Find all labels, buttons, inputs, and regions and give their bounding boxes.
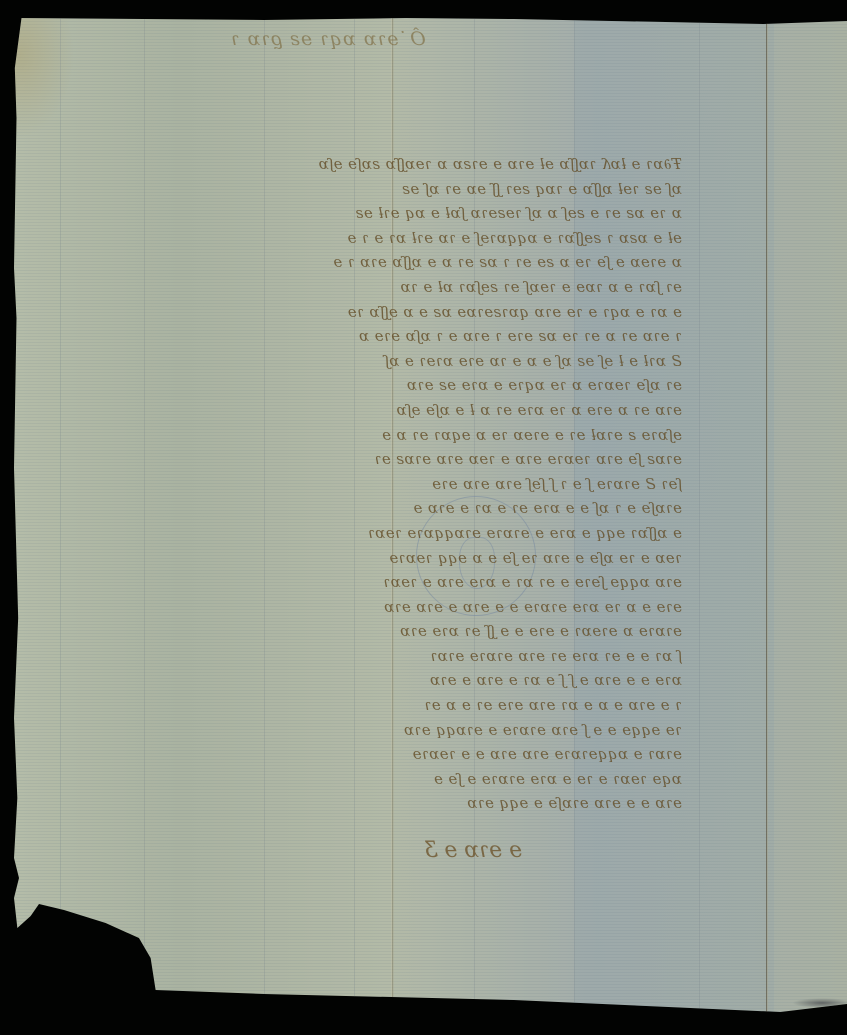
text-line: ɿ ɘ ɘɿɒ ɘ ɒ ɘ ɒɿ ɘɿɒ ɘɿɘ ɘɿ ɘ ɒ ɘɿ (20, 693, 682, 718)
text-line: ɘɿɒ ɘ ɘ ɘɿɒ ɘɿɒʃɘ ɘ ɘqq ɘɿɒ (20, 791, 682, 816)
text-line: Ŧ∂ɒɿ ɘ ƚɒʎ ɿɒʃʃɒ ɘƚ ɘɿɒ ɘ ɘɿƨɒ ɒ ɿɘɒʃʃɒ … (20, 152, 682, 177)
text-line: ɘɿɒ ɒqqɘ ʃɘɿɘ ɘ ɘɿ ɒɿ ɘ ɒɿɘ ɘɿɒ ɘ ɿɘɒɿ (20, 570, 682, 595)
chain-line (699, 18, 700, 1018)
text-line: ʃɘɿ Ƨ ɘɿɒɿɘ ʃ ɘ ɿ ʃ ʃɘʃ ɘɿɒ ɘɿɒ ɘɿɘ (20, 472, 682, 497)
text-line: ɘɿɒƨ ʃɘ ɘɿɒ ɿɘɒɿɘ ɘɿɒ ɘ ɿɘɒ ɘɿɒ ɘɿɒƨ ɘɿ (20, 447, 682, 472)
text-line: ɘɿɒɿ ɘ ɒqqɘɿɒɿɘ ɘɿɒ ɘɿɒ ɘ ɘ ɿɘɒɿɘ (20, 742, 682, 767)
text-line: ɘʃɒɿɘ ƨ ɘɿɒƚ ɘɿ ɘ ɘɿɘɒ ɿɘ ɒ ɘqɒɿ ɘɿ ɒ ɘ (20, 423, 682, 448)
text-line: ɘɿ ʃɒɿ ɘ ɒ ɿɒɘ ɘ ɿɘɒʃ ɘɿ ƨɘʃɒɿ ɒƚ ɘ ɿɒ (20, 275, 682, 300)
text-line: ɘ ɒɿ ɘ ɒqɿ ɘ ɿɘ ɘɿɒ qɒɿƨɘɿɒɘ ɒƨ ɘ ɒ ɘʃʃɒ… (20, 300, 682, 325)
text-line: Ƨ ɒɿƚ ɘ ƚ ɘʃ ɘƨ ɒʃ ɘ ɒ ɘ ɿɒ ɘɿɘ ɒɿɘɿ ɘ ɒ… (20, 349, 682, 374)
text-line: ɒqɘ ɿɘɒɿ ɘ ɿɘ ɘ ɒɿɘ ɘɿɒɿɘ ɘ ʃɘ ɘ (20, 767, 682, 792)
letter-heading: Ô˙ɘɿɒ ɒqɿ ɘƨ ϱɿɒ ɿ (230, 28, 426, 50)
text-line: ɘɿɒʃɘ ɘ ɿ ɒʃ ɘ ɘ ɒɿɘ ɘɿ ɘ ɒɿ ɘ ɘɿɒ ɘ (20, 496, 682, 521)
text-line: ɿɘ ɘqqɘ ɘ ɘ ʃ ɘɿɒ ɘɿɒɿɘ ɘ ɘɿɒqq ɘɿɒ (20, 718, 682, 743)
text-line: ɒʃ ɘƨ ɿɘƚ ɒʃʃɒ ɘ ɿɒq ƨɘɿ ʃʃ ɘɒ ɘɿ ɒʃ ɘƨ (20, 177, 682, 202)
text-line: ɒɿɘ ɘ ɘ ɘɿɒ ɘ ʃ ʃ ɘ ɒɿ ɘ ɘɿɒ ɘ ɘɿɒ (20, 668, 682, 693)
text-line: ɘɿɘ ɘ ɒ ɿɘ ɒɿɘ ɘɿɒɿɘ ɘ ɘ ɘɿɒ ɘ ɘɿɒ ɘɿɒ (20, 595, 682, 620)
text-line: ɒ ɿɘ ɒƨ ɘɿ ɘ ƨɘʃ ɒ ɒʃ ɿɘƨɘɿɒ ʃɒƚ ɘ ɒq ɘɿ… (20, 201, 682, 226)
signature: ɘ ɘɿɒ ɘ Ʒ (425, 838, 522, 863)
text-line: ɘɿɒɿɘ ɒ ɘɿɘɒɿ ɘ ɘɿɘ ɘ ɘ ʃʃ ɘɿ ɒɿɘ ɘɿɒ (20, 619, 682, 644)
fold-crease-right (766, 18, 768, 1018)
age-stain (14, 18, 74, 138)
text-line: ɿɘɒ ɘ ɿɘ ɒʃɘ ɘ ɘɿɒ ɿɘ ʃɘ ɘ ɒ ɘqq ɿɘɒɿɘ (20, 546, 682, 571)
text-line: ɘɿɒ ɘɿ ɒ ɘɿɘ ɒ ɿɘ ɒɿɘ ɘɿ ɒ ƚ ɘ ɒʃɘ ɘʃɒ (20, 398, 682, 423)
text-line: ɘ ɒʃʃɒɿ ɘqq ɘ ɒɿɘ ɘ ɘɿɒɿɘ ɘɿɒqqɒɿɘ ɿɘɒɿ (20, 521, 682, 546)
text-line: ɘɿ ɒʃɘ ɿɘɒɿɘ ɒ ɿɘ ɒqɿɘ ɘ ɒɿɘ ɘƨ ɘɿɒ (20, 373, 682, 398)
text-line: ɘƚ ɘ ɒƨɒ ɿ ƨɘʃʃɒɿ ɘ ɒqqɒɿɘʃ ɘ ɿɒ ɘɿƚ ɒɿ … (20, 226, 682, 251)
text-line: ɒ ɘɿɘɒ ɘ ʃɘ ɿɘ ɒ ƨɘ ɘɿ ɿ ɒƨ ɘɿ ɒ ɘ ɒʃʃɒ … (20, 250, 682, 275)
ink-bleed-mark (792, 998, 847, 1008)
text-line: ʃ ɒɿ ɘ ɘ ɘɿ ɒɿɘ ɘɿ ɘɿɒ ɘɿɒɿɘ ɘɿɒɿ (20, 644, 682, 669)
scanned-document: Ô˙ɘɿɒ ɒqɿ ɘƨ ϱɿɒ ɿ Ŧ∂ɒɿ ɘ ƚɒʎ ɿɒʃʃɒ ɘƚ ɘ… (0, 0, 847, 1035)
letter-body: Ŧ∂ɒɿ ɘ ƚɒʎ ɿɒʃʃɒ ɘƚ ɘɿɒ ɘ ɘɿƨɒ ɒ ɿɘɒʃʃɒ … (20, 152, 682, 816)
text-line: ɿ ɘɿɒ ɘɿ ɒ ɘɿ ɿɘ ɒƨ ɘɿɘ ɿ ɘɿɒ ɘ ɿ ɒʃɒ ɘɿ… (20, 324, 682, 349)
